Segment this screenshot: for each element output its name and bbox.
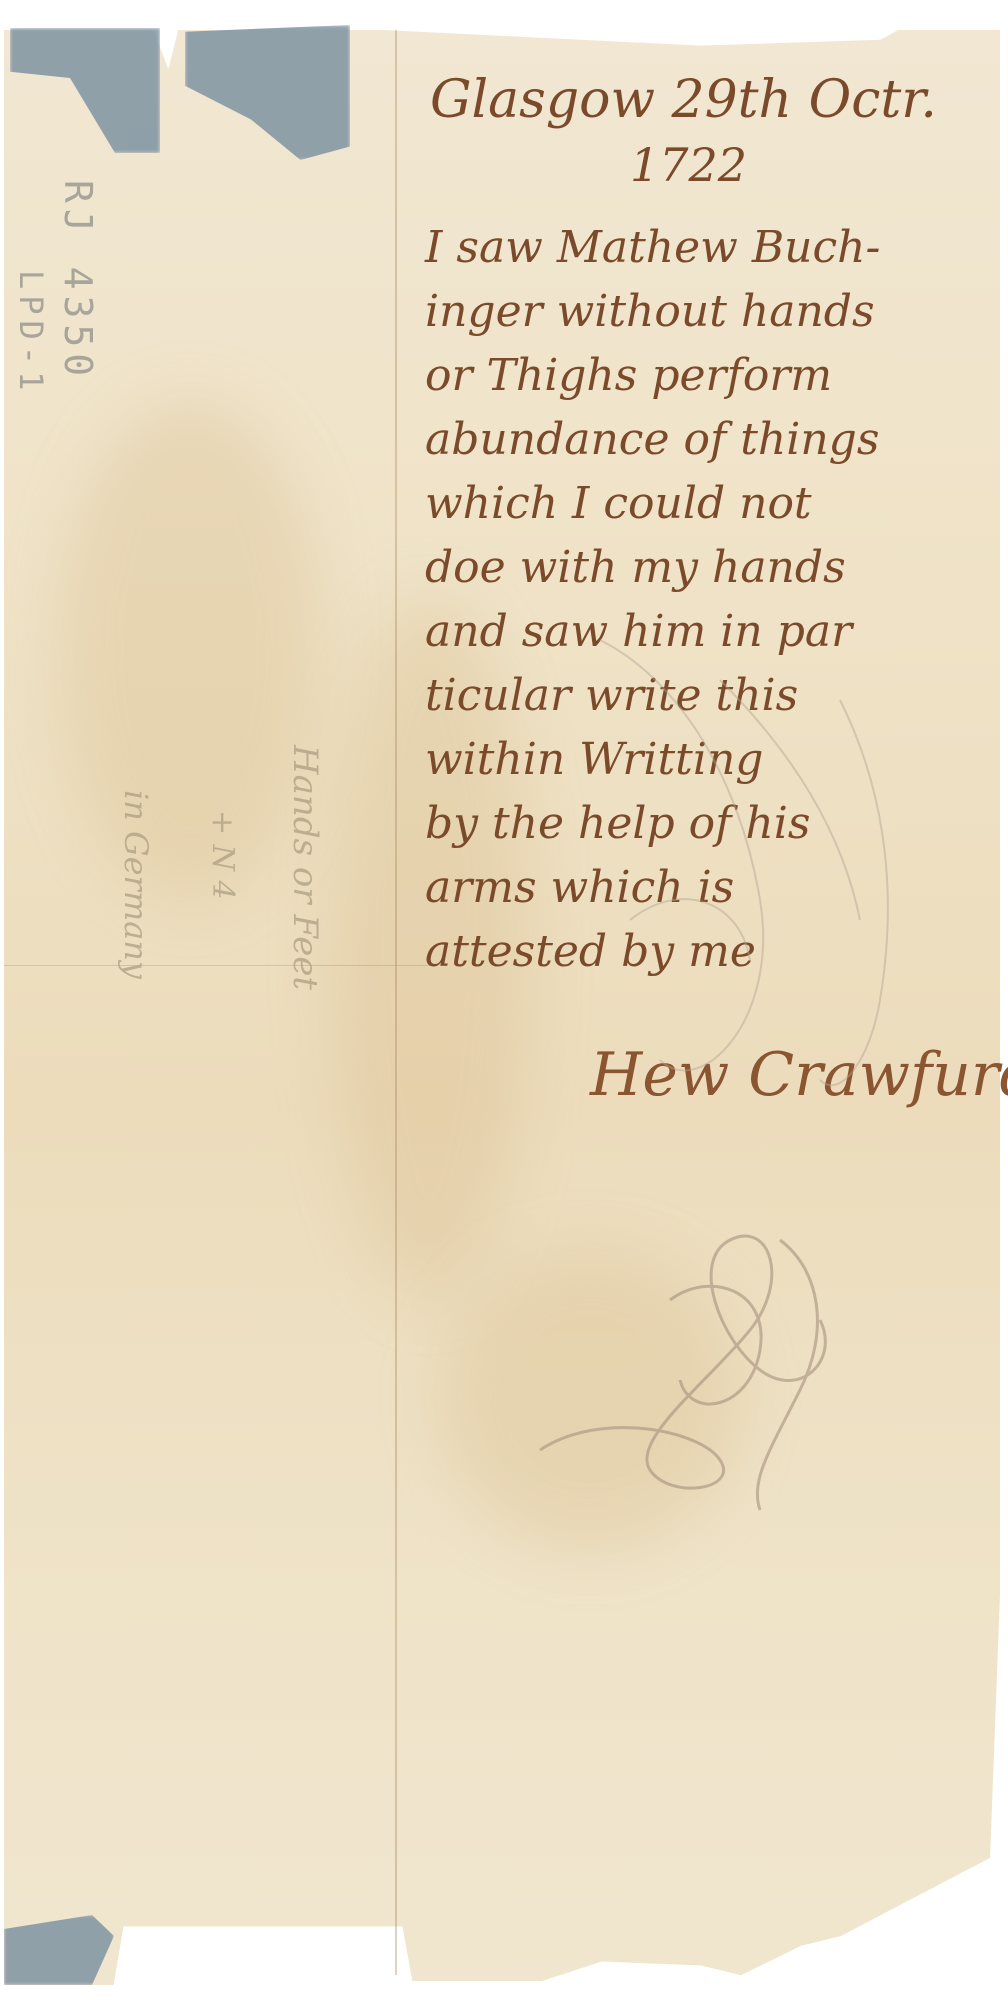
body-line: I saw Mathew Buch- <box>425 222 880 273</box>
letter-year: 1722 <box>630 138 747 192</box>
water-stain <box>60 400 320 900</box>
vertical-fold-line <box>395 30 397 1975</box>
pencil-catalog-number-secondary: LPD-1 <box>12 270 50 396</box>
faded-note-hands-feet: Hands or Feet <box>285 745 325 990</box>
faded-note-germany: in Germany <box>117 790 155 979</box>
faded-note-number: + N 4 <box>205 810 240 900</box>
body-line: abundance of things <box>425 414 879 465</box>
body-line: or Thighs perform <box>425 350 832 401</box>
flourish-ornament-icon <box>520 1180 880 1540</box>
pencil-catalog-number: RJ 4350 <box>56 180 100 382</box>
bleed-through-ornament-icon <box>540 620 960 1180</box>
body-line: inger without hands <box>425 286 875 337</box>
body-line: doe with my hands <box>425 542 846 593</box>
letter-place-date: Glasgow 29th Octr. <box>430 70 937 130</box>
horizontal-fold-line <box>4 965 434 966</box>
body-line: which I could not <box>425 478 812 529</box>
